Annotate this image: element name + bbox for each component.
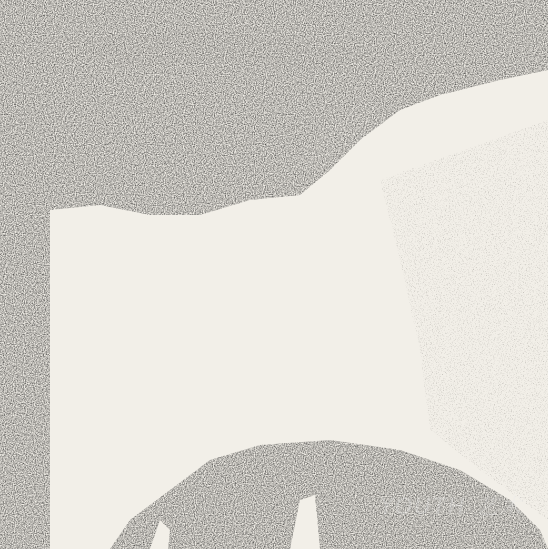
watermark-text: YOUTH 艺术: [380, 490, 523, 521]
print-artwork: [0, 0, 548, 549]
left-dark-band: [0, 0, 50, 549]
